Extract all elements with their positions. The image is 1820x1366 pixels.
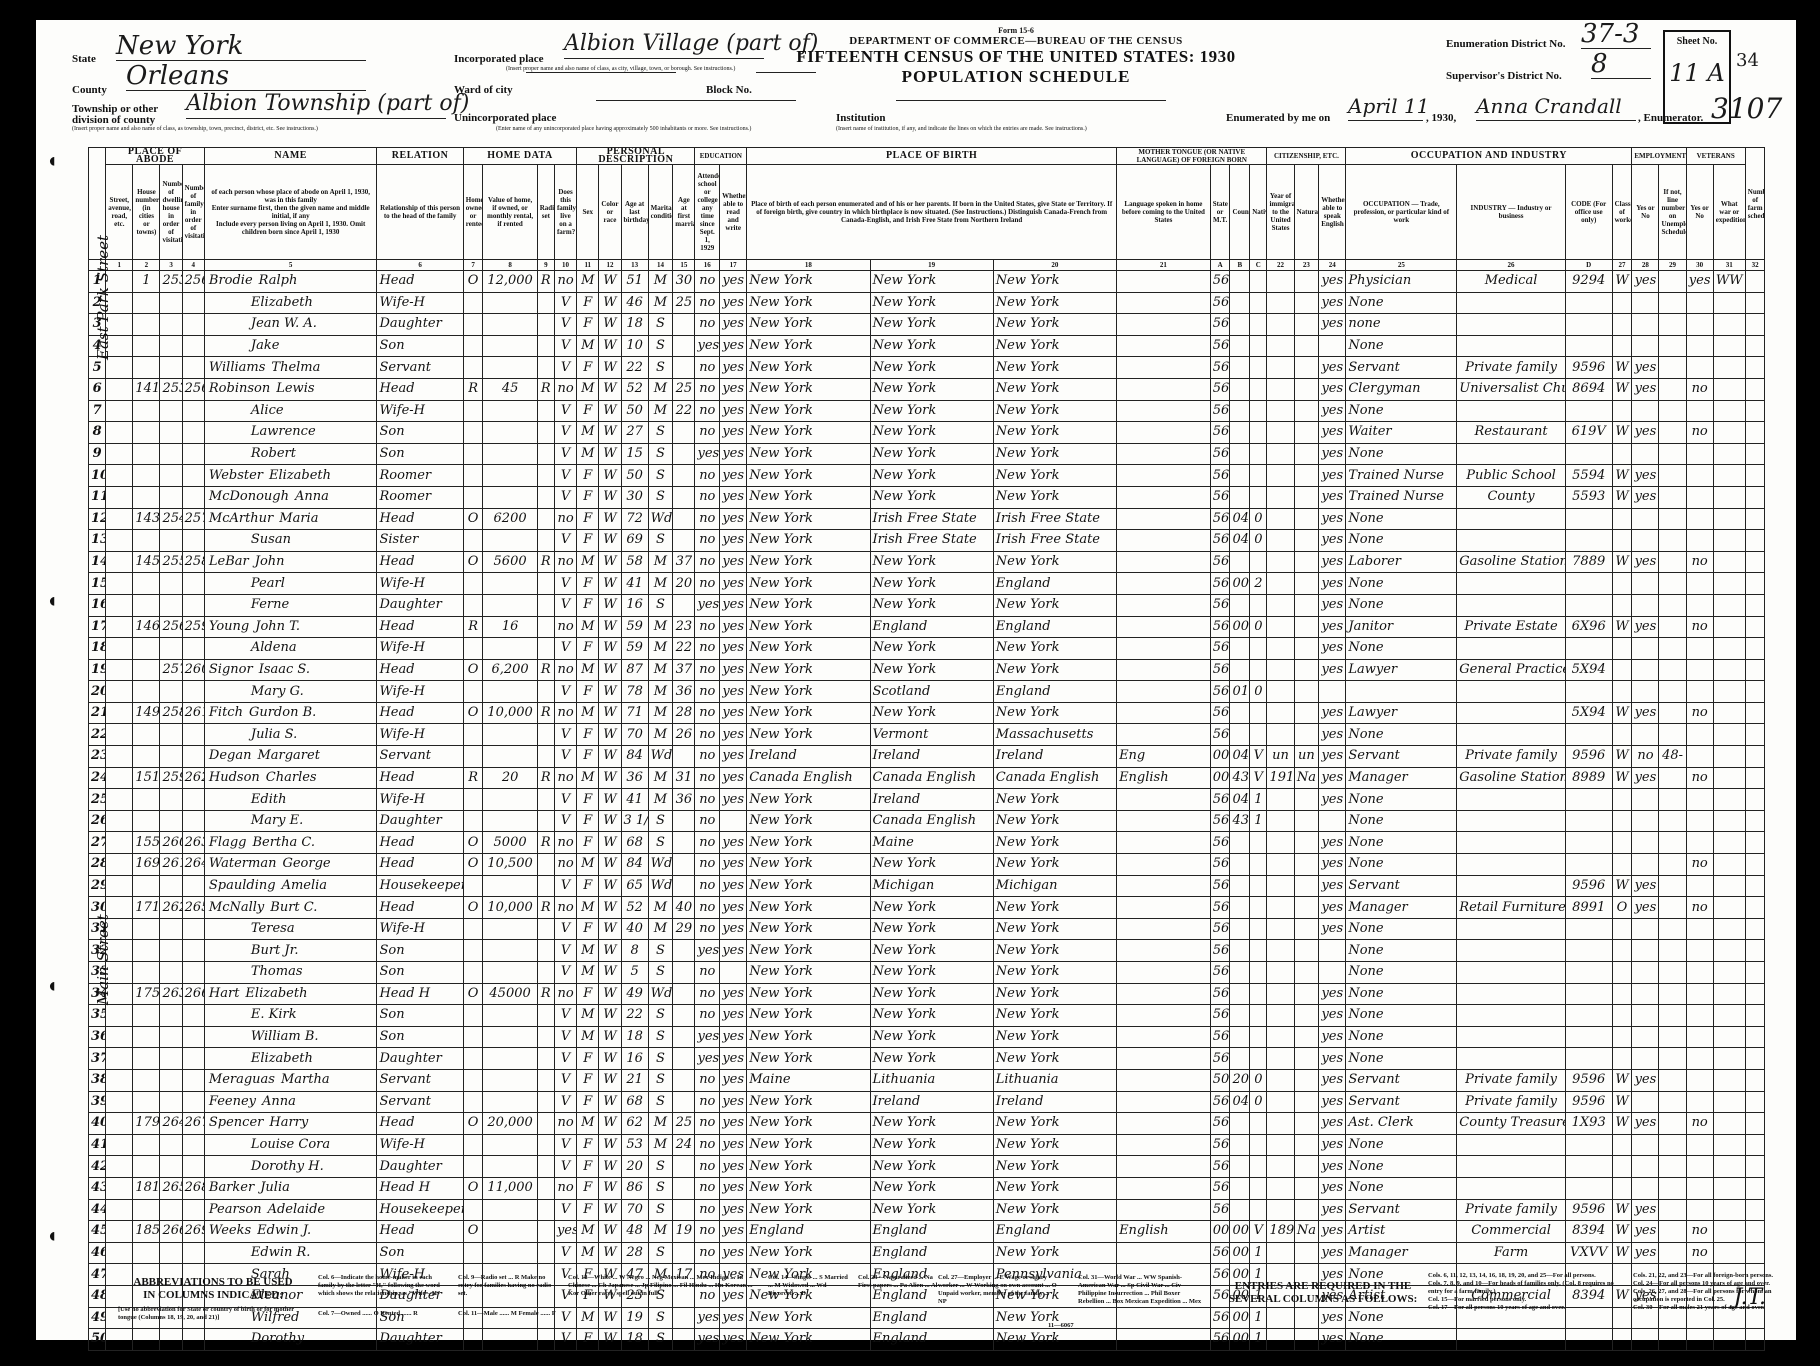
- cell-natur: [1294, 422, 1319, 444]
- cell-english: [1319, 681, 1346, 703]
- cell-industry: Farm: [1457, 1242, 1565, 1264]
- cell-occupation: Servant: [1346, 746, 1457, 768]
- cell-read: yes: [720, 767, 747, 789]
- cell-father: Irish Free State: [870, 508, 993, 530]
- column-number-row: 1234 56 78910 1112131415 1617 181920 21A…: [89, 260, 1788, 271]
- given-name: Julia: [260, 1180, 290, 1195]
- cell-marital: M: [648, 271, 673, 293]
- cell-sex: F: [577, 400, 599, 422]
- cell-family: 259: [182, 616, 204, 638]
- line-number: 19: [89, 659, 106, 681]
- cell-vet: [1686, 1005, 1713, 1027]
- cell-owned: [463, 1026, 483, 1048]
- cell-school: no: [695, 918, 720, 940]
- cell-lang: [1117, 443, 1211, 465]
- cell-dwelling: [160, 875, 182, 897]
- col31-note: Col. 31—World War ... WW Spanish-America…: [1078, 1274, 1208, 1306]
- cell-race: W: [599, 443, 621, 465]
- cell-dwelling: 260: [160, 832, 182, 854]
- cell-house: [133, 918, 160, 940]
- cell-code: [1565, 400, 1612, 422]
- sheet-label: Sheet No.: [1665, 36, 1729, 47]
- cell-lang: [1117, 465, 1211, 487]
- cell-street: [106, 789, 133, 811]
- cell-radio: [537, 1242, 554, 1264]
- given-name: Jean W. A.: [251, 316, 317, 331]
- cell-birth: New York: [747, 594, 870, 616]
- cell-school: yes: [695, 1048, 720, 1070]
- cell-relation: Roomer: [377, 465, 463, 487]
- cell-value: [483, 1026, 537, 1048]
- cell-marital: M: [648, 400, 673, 422]
- cell-mother: New York: [993, 1329, 1116, 1351]
- cell-street: [106, 551, 133, 573]
- cell-occupation: None: [1346, 1329, 1457, 1351]
- cell-birth: New York: [747, 573, 870, 595]
- cell-vet: [1686, 508, 1713, 530]
- cell-owned: [463, 681, 483, 703]
- line-number: 35: [89, 1005, 106, 1027]
- col-age: Age at last birthday: [621, 165, 648, 260]
- cell-war: [1713, 551, 1745, 573]
- cell-value: 11,000: [483, 1177, 537, 1199]
- cell-birth: New York: [747, 810, 870, 832]
- cell-race: W: [599, 573, 621, 595]
- cell-school: no: [695, 702, 720, 724]
- cell-farm-sched: [1745, 271, 1765, 293]
- cell-age-marr: [673, 1156, 695, 1178]
- cell-house: [133, 1091, 160, 1113]
- cell-owned: [463, 314, 483, 336]
- ed-label: Enumeration District No.: [1446, 38, 1565, 50]
- person-name: Pearl: [204, 573, 377, 595]
- person-name: E. Kirk: [204, 1005, 377, 1027]
- cell-value: [483, 638, 537, 660]
- cell-school: no: [695, 962, 720, 984]
- cell-farm: V: [554, 1134, 576, 1156]
- line-number: 5: [89, 357, 106, 379]
- cell-dwelling: 261: [160, 854, 182, 876]
- cell-house: [133, 681, 160, 703]
- cell-farm: V: [554, 724, 576, 746]
- cell-marital: Wd: [648, 983, 673, 1005]
- cell-age: 62: [621, 1113, 648, 1135]
- cell-age-marr: [673, 357, 695, 379]
- cell-birth: New York: [747, 422, 870, 444]
- cell-race: W: [599, 1134, 621, 1156]
- cell-relation: Head: [377, 854, 463, 876]
- cell-race: W: [599, 897, 621, 919]
- cell-age: 27: [621, 422, 648, 444]
- cell-family: [182, 1091, 204, 1113]
- cell-father: Scotland: [870, 681, 993, 703]
- cell-farm: V: [554, 443, 576, 465]
- cell-sex: F: [577, 1091, 599, 1113]
- cell-street: [106, 746, 133, 768]
- cell-family: 258: [182, 551, 204, 573]
- cell-vet: [1686, 1329, 1713, 1351]
- cell-father: New York: [870, 918, 993, 940]
- cell-marital: S: [648, 594, 673, 616]
- cell-immig: 1896: [1267, 1221, 1294, 1243]
- cell-age: 16: [621, 1048, 648, 1070]
- cell-school: no: [695, 789, 720, 811]
- cell-english: yes: [1319, 1026, 1346, 1048]
- cell-read: yes: [720, 746, 747, 768]
- cell-unemp: [1659, 1177, 1686, 1199]
- cell-farm: V: [554, 1329, 576, 1351]
- cell-mother: Irish Free State: [993, 530, 1116, 552]
- cell-dwelling: 265: [160, 1177, 182, 1199]
- cell-radio: [537, 616, 554, 638]
- cell-mother: New York: [993, 810, 1116, 832]
- cell-family: 263: [182, 832, 204, 854]
- cell-b: [1230, 486, 1250, 508]
- cell-english: yes: [1319, 789, 1346, 811]
- cell-race: W: [599, 530, 621, 552]
- cell-code: 9294: [1565, 271, 1612, 293]
- cell-mother: New York: [993, 702, 1116, 724]
- cell-dwelling: 257: [160, 659, 182, 681]
- cell-dwelling: [160, 1329, 182, 1351]
- cell-race: W: [599, 508, 621, 530]
- col-immigration: Year of immigration to the United States: [1267, 165, 1294, 260]
- cell-farm-sched: [1745, 1091, 1765, 1113]
- cell-immig: [1267, 1069, 1294, 1091]
- cell-c: [1250, 1134, 1267, 1156]
- cell-war: [1713, 594, 1745, 616]
- cell-b: [1230, 724, 1250, 746]
- cell-age-marr: [673, 1026, 695, 1048]
- cell-race: W: [599, 271, 621, 293]
- person-name: McNallyBurt C.: [204, 897, 377, 919]
- cell-age: 52: [621, 378, 648, 400]
- cell-marital: M: [648, 659, 673, 681]
- cell-lang: [1117, 1005, 1211, 1027]
- cell-unemp: [1659, 422, 1686, 444]
- cell-dwelling: [160, 400, 182, 422]
- cell-owned: [463, 335, 483, 357]
- cell-age: 46: [621, 292, 648, 314]
- cell-father: New York: [870, 443, 993, 465]
- given-name: Ralph: [259, 273, 298, 288]
- person-name: Burt Jr.: [204, 940, 377, 962]
- cell-marital: S: [648, 1242, 673, 1264]
- cell-immig: un: [1267, 746, 1294, 768]
- cell-birth: New York: [747, 1134, 870, 1156]
- cell-house: [133, 1329, 160, 1351]
- person-name: FitchGurdon B.: [204, 702, 377, 724]
- cell-b: 04: [1230, 789, 1250, 811]
- cell-mother: New York: [993, 1005, 1116, 1027]
- cell-birth: New York: [747, 335, 870, 357]
- cell-relation: Servant: [377, 1069, 463, 1091]
- cell-natur: [1294, 638, 1319, 660]
- cell-natur: [1294, 314, 1319, 336]
- line-number: 46: [89, 1242, 106, 1264]
- cell-unemp: [1659, 875, 1686, 897]
- cell-relation: Head H: [377, 1177, 463, 1199]
- sd-value: 8: [1591, 50, 1651, 79]
- cell-owned: [463, 573, 483, 595]
- cell-lang: [1117, 530, 1211, 552]
- cell-industry: County Treasurer: [1457, 1113, 1565, 1135]
- cell-school: no: [695, 1069, 720, 1091]
- person-name: Mary E.: [204, 810, 377, 832]
- cell-employed: yes: [1632, 875, 1659, 897]
- cell-farm: V: [554, 465, 576, 487]
- cell-marital: S: [648, 314, 673, 336]
- cell-marital: S: [648, 357, 673, 379]
- census-sheet: State New York County Orleans Township o…: [36, 20, 1796, 1340]
- cell-employed: yes: [1632, 1242, 1659, 1264]
- cell-vet: [1686, 1091, 1713, 1113]
- cell-industry: Private family: [1457, 1091, 1565, 1113]
- cell-age-marr: 36: [673, 681, 695, 703]
- cell-farm: no: [554, 1177, 576, 1199]
- cell-birth: New York: [747, 357, 870, 379]
- line-number: 8: [89, 422, 106, 444]
- cell-code: [1565, 292, 1612, 314]
- cell-school: no: [695, 314, 720, 336]
- cell-age-marr: [673, 1177, 695, 1199]
- given-name: John T.: [255, 619, 300, 634]
- cell-family: [182, 746, 204, 768]
- given-name: Mary E.: [251, 813, 303, 828]
- cell-street: [106, 767, 133, 789]
- cell-birth: New York: [747, 724, 870, 746]
- cell-occupation: Manager: [1346, 897, 1457, 919]
- cell-age: 69: [621, 530, 648, 552]
- cell-relation: Housekeeper: [377, 1199, 463, 1221]
- cell-natur: [1294, 1026, 1319, 1048]
- cell-b: [1230, 1005, 1250, 1027]
- cell-radio: [537, 681, 554, 703]
- cell-occupation: None: [1346, 983, 1457, 1005]
- cell-c: [1250, 378, 1267, 400]
- cell-farm: V: [554, 292, 576, 314]
- cell-relation: Head: [377, 616, 463, 638]
- cell-natur: [1294, 443, 1319, 465]
- cell-read: yes: [720, 357, 747, 379]
- cell-vet: [1686, 1134, 1713, 1156]
- cell-english: yes: [1319, 508, 1346, 530]
- cell-mother: New York: [993, 1156, 1116, 1178]
- cell-age-marr: 37: [673, 659, 695, 681]
- cell-b: 00: [1230, 1221, 1250, 1243]
- mother-tongue-header: MOTHER TONGUE (OR NATIVE LANGUAGE) OF FO…: [1117, 148, 1267, 165]
- cell-unemp: [1659, 1221, 1686, 1243]
- cell-mother: New York: [993, 940, 1116, 962]
- cell-race: W: [599, 1177, 621, 1199]
- cell-vet: [1686, 400, 1713, 422]
- cell-lang: [1117, 594, 1211, 616]
- cell-lang: [1117, 335, 1211, 357]
- cell-marital: M: [648, 897, 673, 919]
- cell-read: yes: [720, 1329, 747, 1351]
- cell-employed: no: [1632, 746, 1659, 768]
- cell-occupation: None: [1346, 1026, 1457, 1048]
- col-war: What war or expedition?: [1713, 165, 1745, 260]
- line-number: 28: [89, 854, 106, 876]
- cell-school: no: [695, 1242, 720, 1264]
- cell-sex: F: [577, 1329, 599, 1351]
- cell-occupation: Waiter: [1346, 422, 1457, 444]
- cell-vet: no: [1686, 378, 1713, 400]
- cell-value: [483, 1156, 537, 1178]
- cell-mother: New York: [993, 1177, 1116, 1199]
- cell-war: [1713, 638, 1745, 660]
- cell-sex: F: [577, 746, 599, 768]
- cell-radio: R: [537, 551, 554, 573]
- cell-family: 257: [182, 508, 204, 530]
- col-dwelling: Number of dwelling house in order of vis…: [160, 165, 182, 260]
- cell-street: [106, 378, 133, 400]
- cell-radio: R: [537, 378, 554, 400]
- cell-age: 49: [621, 983, 648, 1005]
- cell-school: no: [695, 746, 720, 768]
- cell-radio: [537, 573, 554, 595]
- cell-class: [1612, 594, 1632, 616]
- cell-a: 56: [1210, 314, 1230, 336]
- punch-hole-icon: ◖: [46, 975, 58, 998]
- cell-a: 56: [1210, 594, 1230, 616]
- cell-immig: [1267, 897, 1294, 919]
- cell-house: 143: [133, 508, 160, 530]
- cell-a: 00: [1210, 1221, 1230, 1243]
- cell-value: [483, 443, 537, 465]
- cell-occupation: Servant: [1346, 1091, 1457, 1113]
- cell-employed: yes: [1632, 897, 1659, 919]
- cell-farm: V: [554, 1156, 576, 1178]
- table-row: 11253256BrodieRalphHeadO12,000RnoMW51M30…: [89, 271, 1788, 293]
- cell-father: England: [870, 1221, 993, 1243]
- cell-b: [1230, 551, 1250, 573]
- cell-immig: [1267, 724, 1294, 746]
- cell-father: Ireland: [870, 746, 993, 768]
- cell-dwelling: 259: [160, 767, 182, 789]
- cell-age-marr: [673, 810, 695, 832]
- ward-label: Ward of city: [454, 84, 513, 96]
- cell-c: [1250, 357, 1267, 379]
- cell-owned: O: [463, 702, 483, 724]
- table-row: 45185266269WeeksEdwin J.HeadOyesMW48M19n…: [89, 1221, 1788, 1243]
- cell-dwelling: [160, 357, 182, 379]
- punch-hole-icon: ◖: [46, 150, 58, 173]
- cell-natur: [1294, 1329, 1319, 1351]
- cell-farm-sched: [1745, 1242, 1765, 1264]
- cell-code: [1565, 1177, 1612, 1199]
- cell-english: yes: [1319, 1156, 1346, 1178]
- cell-english: yes: [1319, 1134, 1346, 1156]
- cell-industry: [1457, 854, 1565, 876]
- cell-owned: O: [463, 508, 483, 530]
- table-row: 27155260263FlaggBertha C.HeadO5000RnoFW6…: [89, 832, 1788, 854]
- cell-radio: [537, 1091, 554, 1113]
- cell-natur: [1294, 810, 1319, 832]
- cell-industry: [1457, 789, 1565, 811]
- cell-family: [182, 918, 204, 940]
- cell-a: 56: [1210, 983, 1230, 1005]
- cell-occupation: None: [1346, 1005, 1457, 1027]
- cell-natur: [1294, 1069, 1319, 1091]
- cell-family: 256: [182, 271, 204, 293]
- cell-mother: New York: [993, 1113, 1116, 1135]
- cell-read: yes: [720, 875, 747, 897]
- cell-lang: [1117, 854, 1211, 876]
- cell-marital: S: [648, 1005, 673, 1027]
- cell-birth: New York: [747, 443, 870, 465]
- cell-read: yes: [720, 465, 747, 487]
- cell-industry: Private family: [1457, 1199, 1565, 1221]
- cell-owned: [463, 724, 483, 746]
- cell-a: 56: [1210, 486, 1230, 508]
- cell-father: New York: [870, 314, 993, 336]
- cell-vet: no: [1686, 1242, 1713, 1264]
- cell-code: 8989: [1565, 767, 1612, 789]
- cell-lang: [1117, 1242, 1211, 1264]
- cell-birth: New York: [747, 465, 870, 487]
- cell-family: [182, 1242, 204, 1264]
- line-number: 38: [89, 1069, 106, 1091]
- cell-vet: [1686, 1199, 1713, 1221]
- cell-mother: New York: [993, 400, 1116, 422]
- cell-unemp: 48-: [1659, 746, 1686, 768]
- cell-dwelling: [160, 1026, 182, 1048]
- cell-age-marr: [673, 1048, 695, 1070]
- cell-code: [1565, 314, 1612, 336]
- cell-vet: [1686, 357, 1713, 379]
- cell-b: 00: [1230, 1242, 1250, 1264]
- cell-b: 43: [1230, 767, 1250, 789]
- cell-street: [106, 1242, 133, 1264]
- cell-school: no: [695, 767, 720, 789]
- unincorporated-hint: (Enter name of any unincorporated place …: [496, 126, 751, 132]
- col-english: Whether able to speak English: [1319, 165, 1346, 260]
- personal-description-header: PERSONAL DESCRIPTION: [577, 148, 695, 165]
- cell-occupation: Trained Nurse: [1346, 465, 1457, 487]
- cell-street: [106, 443, 133, 465]
- cell-code: [1565, 1329, 1612, 1351]
- cell-occupation: None: [1346, 724, 1457, 746]
- cell-farm-sched: [1745, 940, 1765, 962]
- cell-age: 22: [621, 357, 648, 379]
- cell-unemp: [1659, 854, 1686, 876]
- cell-owned: [463, 1156, 483, 1178]
- line-number: 7: [89, 400, 106, 422]
- cell-owned: O: [463, 1177, 483, 1199]
- cell-occupation: none: [1346, 314, 1457, 336]
- given-name: Elizabeth: [251, 1051, 313, 1066]
- cell-age: 84: [621, 854, 648, 876]
- cell-code: 1X93: [1565, 1113, 1612, 1135]
- cell-value: [483, 465, 537, 487]
- cell-marital: Wd: [648, 854, 673, 876]
- cell-employed: yes: [1632, 1113, 1659, 1135]
- cell-vet: [1686, 832, 1713, 854]
- line-number: 15: [89, 573, 106, 595]
- institution-hint: (Insert name of institution, if any, and…: [836, 126, 1087, 132]
- cell-c: [1250, 1177, 1267, 1199]
- cell-read: yes: [720, 659, 747, 681]
- table-row: 18AldenaWife-HVFW59M22noyesNew YorkNew Y…: [89, 638, 1788, 660]
- cell-relation: Daughter: [377, 1156, 463, 1178]
- cell-war: [1713, 422, 1745, 444]
- cell-code: [1565, 810, 1612, 832]
- person-name: Robert: [204, 443, 377, 465]
- cell-a: 56: [1210, 875, 1230, 897]
- cell-occupation: None: [1346, 1134, 1457, 1156]
